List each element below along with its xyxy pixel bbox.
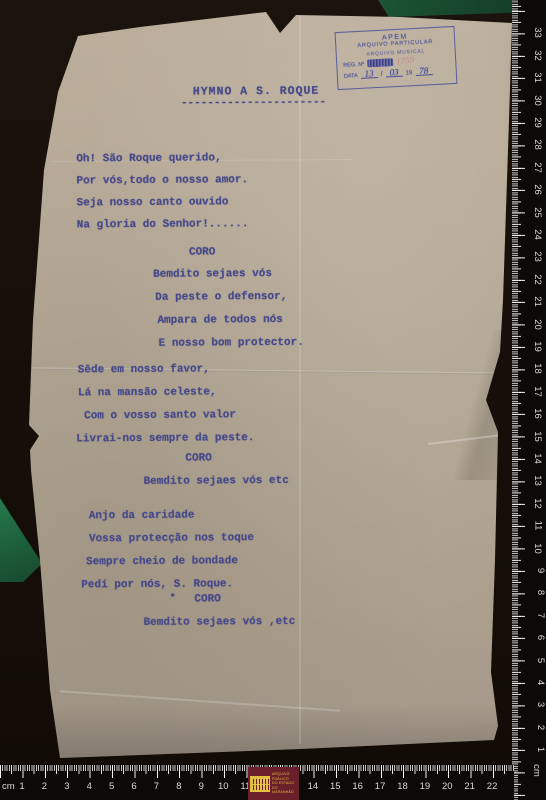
poem-line: Bemdito sejaes vós etc [144, 475, 289, 488]
right-ruler: 1234567891011121314151617181920212223242… [512, 0, 546, 800]
poem-line: Seja nosso canto ouvido [77, 196, 229, 209]
date-separator: / [381, 71, 383, 78]
right-ruler-number: 9 [535, 568, 546, 573]
poem-line: Da peste o defensor, [155, 291, 287, 304]
right-ruler-number: 17 [532, 386, 543, 397]
right-ruler-number: 25 [532, 207, 543, 218]
right-ruler-number: 6 [535, 635, 546, 640]
title-underline: ---------------------- [181, 97, 326, 110]
logo-caption-line: DO MARANHÃO [272, 786, 297, 795]
right-ruler-number: 8 [535, 590, 546, 595]
bottom-ruler-number: 15 [330, 781, 341, 792]
bottom-ruler-number: 20 [442, 781, 453, 792]
archive-scan: HYMNO A S. ROQUE ---------------------- … [0, 0, 546, 800]
bottom-ruler-number: 9 [199, 781, 204, 792]
stamp-date-day: 13 [360, 69, 377, 79]
bottom-ruler-number: 17 [375, 781, 386, 792]
poem-line: Com o vosso santo valor [84, 409, 236, 422]
right-ruler-number: 2 [535, 725, 546, 730]
document-paper: HYMNO A S. ROQUE ---------------------- … [0, 0, 546, 800]
poem-line: Na gloria do Senhor!...... [77, 218, 249, 231]
poem-line: Lá na mansão celeste, [78, 386, 217, 399]
building-icon [250, 776, 270, 792]
poem-line: Vossa protecção nos toque [89, 532, 254, 545]
right-ruler-number: 21 [532, 296, 543, 307]
stamp-date-year: 78 [415, 66, 432, 76]
bottom-ruler-number: 22 [487, 781, 498, 792]
bottom-ruler-number: 8 [176, 781, 181, 792]
stamp-date-month: 03 [385, 68, 402, 78]
ruler-unit-label: cm [531, 764, 542, 777]
right-ruler-number: 1 [535, 747, 546, 752]
chorus-heading: CORO [185, 452, 211, 464]
bottom-ruler-number: 7 [154, 781, 159, 792]
bottom-ruler-number: 16 [352, 781, 363, 792]
poem-line: Anjo da caridade [89, 510, 195, 523]
right-ruler-number: 18 [532, 364, 543, 375]
right-ruler-number: 27 [532, 162, 543, 173]
stamp-date-label: DATA [344, 73, 358, 80]
archive-stamp: APEM ARQUIVO PARTICULAR ARQUIVO MUSICAL … [335, 26, 458, 90]
typewritten-content: HYMNO A S. ROQUE ---------------------- … [0, 0, 546, 800]
bottom-ruler-number: 5 [109, 781, 114, 792]
poem-line: Sempre cheio de bondade [86, 555, 238, 568]
right-ruler-number: 32 [532, 50, 543, 61]
right-ruler-number: 30 [532, 95, 543, 106]
right-ruler-number: 16 [532, 408, 543, 419]
bottom-ruler-number: 3 [64, 781, 69, 792]
poem-line: Pedí por nós, S. Roque. [81, 578, 233, 591]
bottom-ruler-number: 1 [19, 781, 24, 792]
apem-logo: ARQUIVO PÚBLICO DO ESTADO DO MARANHÃO [248, 767, 299, 800]
poem-line: Sêde em nosso favor, [78, 363, 210, 376]
bottom-ruler-number: 14 [308, 781, 319, 792]
right-ruler-number: 13 [532, 476, 543, 487]
right-ruler-number: 29 [532, 117, 543, 128]
right-ruler-number: 11 [533, 521, 544, 531]
right-ruler-number: 10 [532, 543, 543, 554]
right-ruler-number: 15 [532, 431, 543, 442]
bottom-ruler-number: 19 [420, 781, 431, 792]
right-ruler-number: 12 [532, 498, 543, 509]
bottom-ruler-number: 2 [42, 781, 47, 792]
right-ruler-number: 33 [532, 28, 543, 39]
bullet-mark: • [169, 591, 176, 603]
right-ruler-number: 14 [532, 453, 543, 464]
bottom-ruler-number: 4 [87, 781, 92, 792]
right-ruler-number: 23 [532, 252, 543, 263]
chorus-heading: CORO [189, 246, 215, 258]
poem-line: Bemdito sejaes vós [153, 268, 272, 281]
poem-line: E nosso bom protector. [159, 337, 304, 350]
background-cloth-top [378, 0, 514, 17]
bottom-ruler-number: 6 [131, 781, 136, 792]
poem-line: Livrai-nos sempre da peste. [76, 432, 254, 445]
chorus-heading: CORO [194, 593, 220, 605]
bottom-ruler-number: 10 [218, 781, 229, 792]
right-ruler-number: 22 [532, 274, 543, 285]
right-ruler-number: 26 [532, 184, 543, 195]
right-ruler-number: 28 [532, 140, 543, 151]
bottom-ruler-number: 21 [464, 781, 475, 792]
ruler-unit-label: cm [2, 781, 15, 792]
stamp-reg-value: 1759 [396, 54, 415, 66]
ruler-cm-ticks [512, 0, 525, 800]
scribbled-number [367, 58, 393, 67]
right-ruler-number: 20 [532, 319, 543, 330]
poem-line: Bemdito sejaes vós ,etc [144, 616, 296, 629]
stamp-reg-label: REG. Nº [343, 62, 364, 69]
poem-line: Oh! São Roque querido, [76, 152, 221, 165]
right-ruler-number: 24 [532, 229, 543, 240]
right-ruler-number: 4 [535, 680, 546, 685]
poem-line: Ampara de todos nós [157, 314, 283, 327]
bottom-ruler: cm 12345678910111213141516171819202122 A… [0, 765, 514, 800]
right-ruler-number: 5 [535, 657, 546, 662]
right-ruler-number: 31 [532, 72, 543, 83]
logo-caption: ARQUIVO PÚBLICO DO ESTADO DO MARANHÃO [272, 772, 297, 795]
right-ruler-number: 7 [535, 613, 546, 618]
poem-line: Por vós,todo o nosso amor. [76, 174, 248, 187]
bottom-ruler-number: 18 [397, 781, 408, 792]
right-ruler-number: 3 [535, 702, 546, 707]
right-ruler-number: 19 [532, 341, 543, 352]
stamp-year-prefix: 19 [405, 70, 412, 76]
